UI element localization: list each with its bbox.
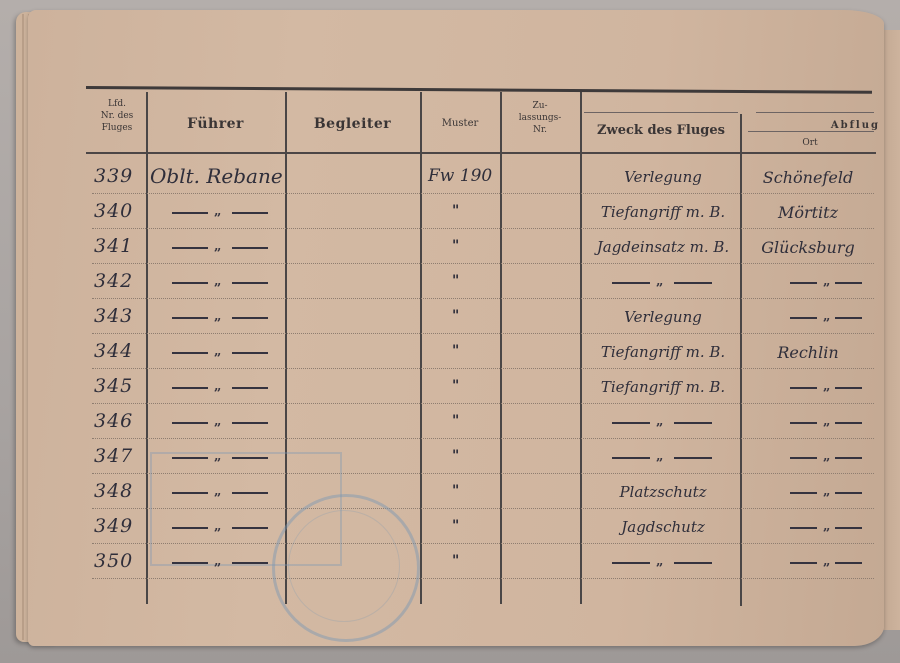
- flight-number: 346: [94, 410, 133, 432]
- row-separator: [92, 438, 874, 439]
- header-sub-rule: [584, 112, 738, 113]
- departure-place-ditto: „: [790, 522, 862, 532]
- ditto-mark: „: [214, 274, 221, 289]
- flight-number: 344: [94, 340, 133, 362]
- aircraft-type-ditto: ": [452, 238, 459, 254]
- flight-number: 340: [94, 200, 133, 222]
- pilot-name: Oblt. Rebane: [150, 164, 283, 188]
- ditto-mark: „: [214, 414, 221, 429]
- flight-number: 339: [94, 165, 133, 187]
- pilot-ditto: „: [172, 207, 268, 217]
- departure-place-ditto: „: [790, 277, 862, 287]
- ditto-mark: „: [214, 484, 221, 499]
- pilot-ditto: „: [172, 487, 268, 497]
- purpose-ditto: „: [612, 417, 712, 427]
- flight-number: 342: [94, 270, 133, 292]
- aircraft-type-ditto: ": [452, 203, 459, 219]
- header-sub-rule: [756, 112, 874, 113]
- pilot-ditto: „: [172, 417, 268, 427]
- departure-place-ditto: „: [790, 487, 862, 497]
- pilot-ditto: „: [172, 382, 268, 392]
- flight-number: 349: [94, 515, 133, 537]
- ditto-mark: „: [214, 204, 221, 219]
- purpose-ditto: „: [612, 452, 712, 462]
- flight-purpose: Tiefangriff m. B.: [588, 343, 738, 361]
- departure-place-ditto: „: [790, 557, 862, 567]
- ditto-mark: „: [823, 309, 830, 324]
- pilot-ditto: „: [172, 347, 268, 357]
- aircraft-type-ditto: ": [452, 378, 459, 394]
- purpose-ditto: „: [612, 557, 712, 567]
- header-begleiter: Begleiter: [285, 116, 420, 132]
- flight-number: 348: [94, 480, 133, 502]
- ditto-mark: „: [823, 519, 830, 534]
- pilot-ditto: „: [172, 312, 268, 322]
- flight-number: 345: [94, 375, 133, 397]
- pilot-ditto: „: [172, 242, 268, 252]
- purpose-ditto: „: [612, 277, 712, 287]
- header-ort: Ort: [760, 137, 860, 149]
- ditto-mark: „: [214, 519, 221, 534]
- ditto-mark: „: [656, 274, 663, 289]
- pilot-ditto: „: [172, 452, 268, 462]
- flight-purpose: Tiefangriff m. B.: [588, 378, 738, 396]
- ditto-mark: „: [823, 274, 830, 289]
- departure-place-ditto: „: [790, 312, 862, 322]
- row-separator: [92, 263, 874, 264]
- aircraft-type-ditto: ": [452, 483, 459, 499]
- ditto-mark: „: [214, 449, 221, 464]
- row-separator: [92, 578, 874, 579]
- header-muster: Muster: [420, 118, 500, 130]
- ditto-mark: „: [823, 554, 830, 569]
- row-separator: [92, 228, 874, 229]
- header-fuehrer: Führer: [146, 116, 285, 132]
- header-bottom-rule: [86, 152, 876, 154]
- aircraft-type-ditto: ": [452, 308, 459, 324]
- row-separator: [92, 333, 874, 334]
- departure-place-ditto: „: [790, 382, 862, 392]
- column-divider: [740, 114, 742, 606]
- flight-number: 343: [94, 305, 133, 327]
- circular-stamp-inner-ring: [288, 510, 400, 622]
- ditto-mark: „: [823, 449, 830, 464]
- column-divider: [146, 92, 148, 604]
- flight-purpose: Verlegung: [588, 308, 738, 326]
- flight-purpose: Tiefangriff m. B.: [588, 203, 738, 221]
- ditto-mark: „: [656, 414, 663, 429]
- pilot-ditto: „: [172, 522, 268, 532]
- aircraft-type-ditto: ": [452, 448, 459, 464]
- ditto-mark: „: [214, 309, 221, 324]
- ditto-mark: „: [214, 239, 221, 254]
- ditto-mark: „: [656, 449, 663, 464]
- flight-number: 350: [94, 550, 133, 572]
- aircraft-type-ditto: ": [452, 518, 459, 534]
- flight-number: 347: [94, 445, 133, 467]
- aircraft-type-ditto: ": [452, 553, 459, 569]
- header-lfd-nr: Lfd. Nr. des Fluges: [90, 98, 144, 134]
- ditto-mark: „: [823, 379, 830, 394]
- column-divider: [420, 92, 422, 604]
- row-separator: [92, 368, 874, 369]
- ditto-mark: „: [823, 414, 830, 429]
- pilot-ditto: „: [172, 277, 268, 287]
- column-divider: [580, 92, 582, 604]
- aircraft-type-ditto: ": [452, 273, 459, 289]
- flight-purpose: Platzschutz: [588, 483, 738, 501]
- header-zweck: Zweck des Fluges: [582, 123, 740, 138]
- departure-place-ditto: „: [790, 452, 862, 462]
- departure-place: Schönefeld: [746, 168, 870, 187]
- header-abflug: Abflug: [820, 120, 880, 132]
- aircraft-type: Fw 190: [428, 166, 492, 186]
- aircraft-type-ditto: ": [452, 413, 459, 429]
- pilot-ditto: „: [172, 557, 268, 567]
- row-separator: [92, 403, 874, 404]
- flight-number: 341: [94, 235, 133, 257]
- row-separator: [92, 298, 874, 299]
- flight-purpose: Jagdeinsatz m. B.: [588, 238, 738, 256]
- ditto-mark: „: [656, 554, 663, 569]
- column-divider: [500, 92, 502, 604]
- departure-place: Glücksburg: [746, 238, 870, 257]
- departure-place-ditto: „: [790, 417, 862, 427]
- ditto-mark: „: [214, 554, 221, 569]
- aircraft-type-ditto: ": [452, 343, 459, 359]
- header-zulassung: Zu- lassungs- Nr.: [500, 100, 580, 136]
- ditto-mark: „: [214, 379, 221, 394]
- departure-place: Rechlin: [746, 343, 870, 362]
- ditto-mark: „: [214, 344, 221, 359]
- ditto-mark: „: [823, 484, 830, 499]
- flight-purpose: Jagdschutz: [588, 518, 738, 536]
- row-separator: [92, 193, 874, 194]
- departure-place: Mörtitz: [746, 203, 870, 222]
- flight-purpose: Verlegung: [588, 168, 738, 186]
